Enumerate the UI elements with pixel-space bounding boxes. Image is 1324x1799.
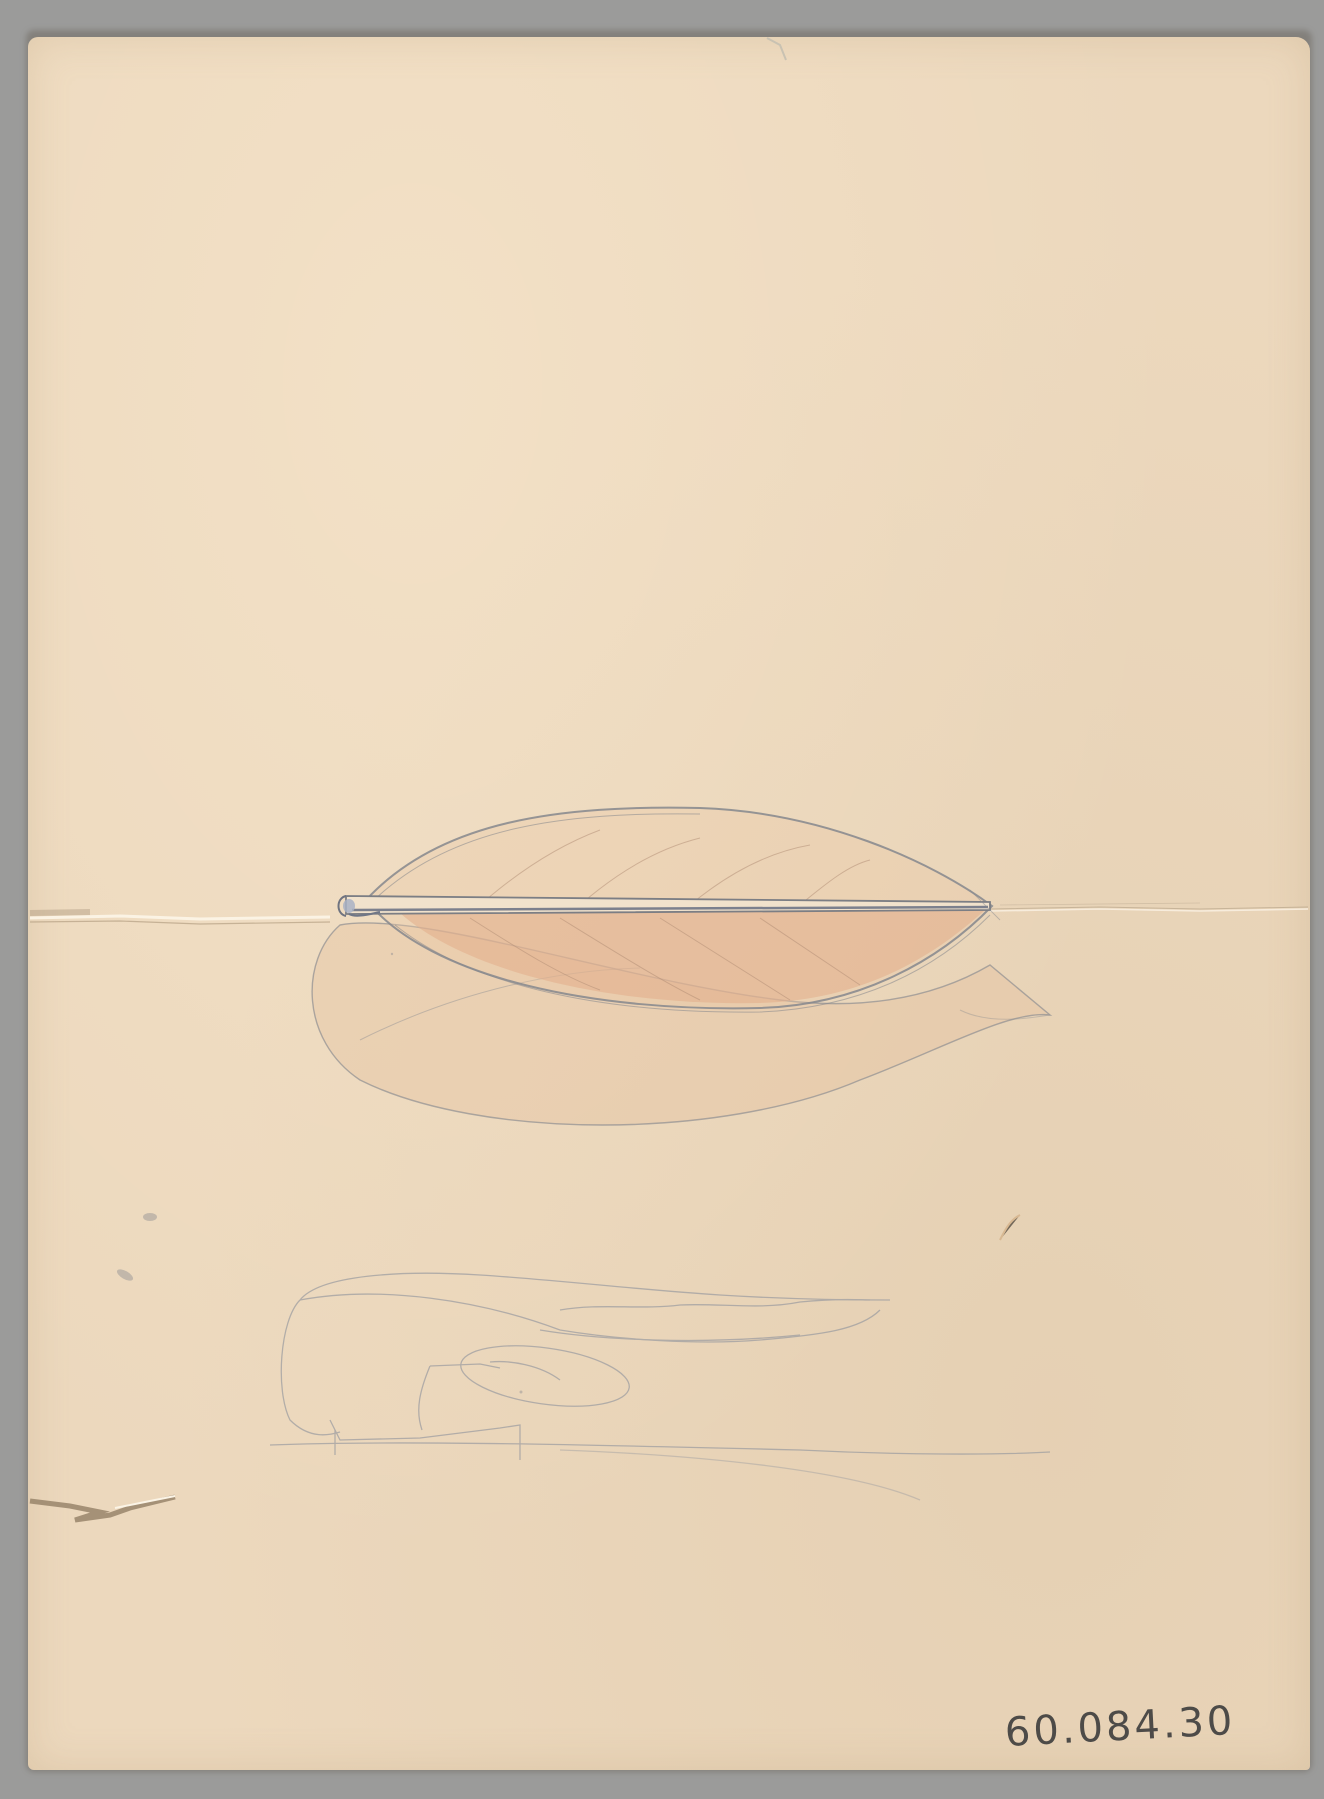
- edge-nick: [767, 38, 786, 60]
- rough-sketch: [270, 1273, 1050, 1500]
- foxing-mark: [1000, 1215, 1020, 1240]
- drawing-layer: [0, 0, 1324, 1799]
- paper-tear: [30, 1496, 175, 1520]
- leaf-brooch-drawing: [312, 808, 1200, 1125]
